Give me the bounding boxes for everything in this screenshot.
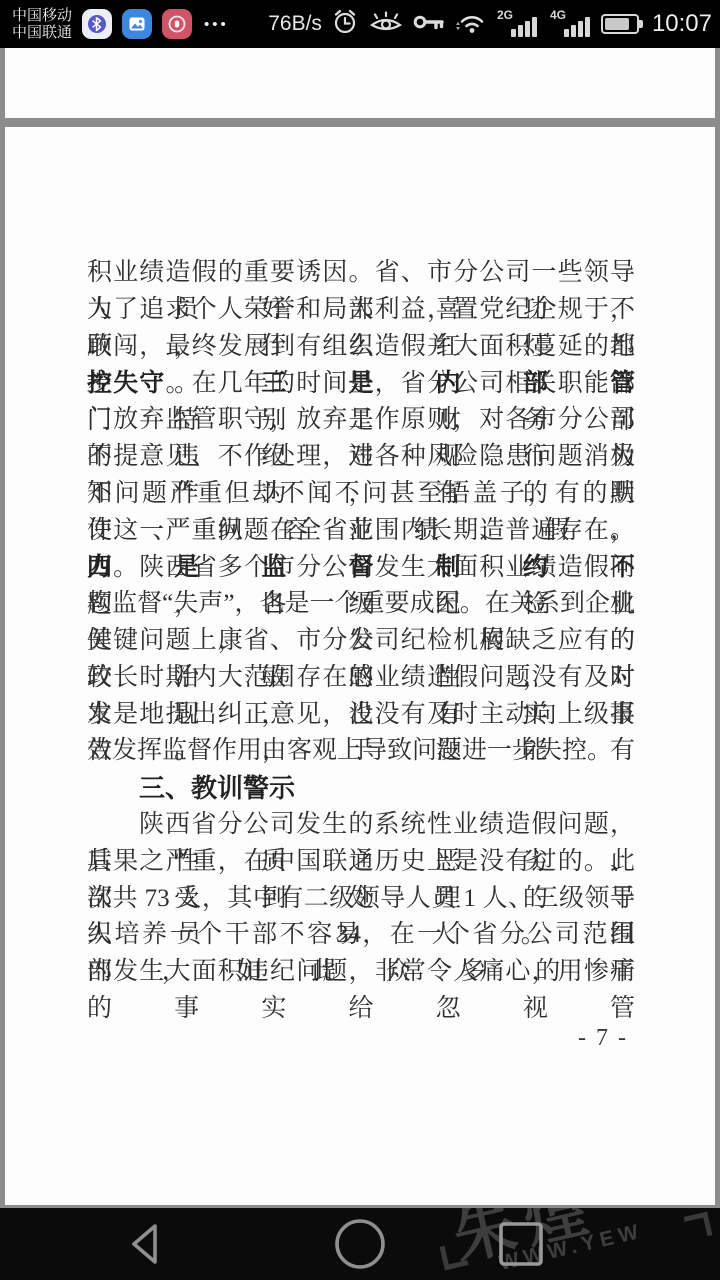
wifi-icon (454, 9, 486, 40)
sim2-signal-indicator: 4G (548, 8, 592, 40)
document-viewer[interactable]: 积业绩造假的重要诱因。省、市分公司一些领导人员好大喜功，为了追求个人荣誉和局部利… (0, 48, 720, 1208)
text-run: 部发生大面积违纪问题，非常令人痛心，用惨痛的事实给忽视管 (87, 958, 635, 1022)
carrier-line2: 中国联通 (12, 24, 72, 41)
network-speed: 76B/s (268, 12, 322, 36)
watermark-corner-bottom-left (440, 1242, 469, 1271)
page-number: - 7 - (578, 1025, 628, 1052)
bold-text-run: 三、教训警示 (139, 773, 295, 803)
carrier-line1: 中国移动 (12, 7, 72, 24)
text-run: 使这一严重问题在全省范围内长期、普遍存在。 (87, 517, 635, 544)
home-button[interactable] (333, 1217, 387, 1274)
sim1-signal-indicator: 2G (495, 8, 539, 40)
more-notifications-icon: ••• (204, 16, 229, 33)
bold-text-run: 力 (87, 553, 113, 581)
text-line: 门放弃监管职守，放弃工作原则，对各市分公司的违纪违规行为 (87, 402, 635, 439)
text-line: 敢闯，最终发展到有组织造假并大面积蔓延的地步。三是内部管 (87, 329, 635, 366)
shield-app-icon (82, 9, 112, 39)
text-run: 效发挥监督作用，客观上导致问题进一步失控。 (87, 737, 612, 764)
battery-icon (601, 14, 639, 34)
recorder-app-icon (162, 9, 192, 39)
text-line: 效发挥监督作用，客观上导致问题进一步失控。 (87, 733, 635, 770)
text-line: 知问题严重但却不闻不问甚至捂盖子，有的默许、纵容业绩造假， (87, 476, 635, 513)
sim2-signal-bars-icon (564, 17, 590, 37)
text-line: 部共 73 人，其中有二级领导人员 1 人、三级领导人员 34 人。组 (87, 881, 635, 918)
text-line: 织培养一个干部不容易，在一个省分公司范围内，如此众多的干 (87, 917, 635, 954)
document-page: 积业绩造假的重要诱因。省、市分公司一些领导人员好大喜功，为了追求个人荣誉和局部利… (5, 127, 715, 1205)
phone-screen: 中国移动 中国联通 (0, 0, 720, 1280)
bold-text-run: 控失守 (87, 369, 165, 397)
recents-button[interactable] (498, 1221, 544, 1270)
text-line: 后果之严重，在中国联通历史上是没有过的。此次受到处理的干 (87, 844, 635, 881)
text-line: 使这一严重问题在全省范围内长期、普遍存在。四是监督制约不 (87, 513, 635, 550)
section-heading: 三、教训警示 (87, 770, 635, 807)
text-line: 求是地提出纠正意见，也没有及时主动向上级报告。由于没能有 (87, 697, 635, 734)
text-line: 力。陕西省多个市分公司发生大面积业绩造假问题，各级纪检机 (87, 549, 635, 586)
text-line: 为了追求个人荣誉和局部利益，置党纪企规于不顾，什么红灯都 (87, 292, 635, 329)
text-line: 陕西省分公司发生的系统性业绩造假问题，其性质之恶劣、 (87, 807, 635, 844)
previous-page-bottom (5, 48, 715, 118)
carrier-labels: 中国移动 中国联通 (12, 7, 72, 41)
status-bar: 中国移动 中国联通 (0, 0, 720, 48)
text-line: 关键问题上，省、市分公司纪检机构缺乏应有的政治敏感性，对 (87, 623, 635, 660)
eye-protection-icon (368, 9, 404, 40)
vpn-key-icon (413, 13, 445, 36)
sim1-signal-bars-icon (511, 17, 537, 37)
android-nav-bar: 朱煌 WWW.YEW (0, 1208, 720, 1280)
text-line: 不提意见、不作处理，对各种风险隐患问题消极不作为，有的明 (87, 439, 635, 476)
status-bar-right: 76B/s (268, 8, 712, 41)
page-gap (0, 118, 720, 127)
text-line: 控失守。在几年的时间里，省分公司相关职能部门特别是财务部 (87, 365, 635, 402)
text-line: 较长时期内大范围存在的业绩造假问题没有及时发现，没有实事 (87, 660, 635, 697)
alarm-icon (331, 8, 359, 41)
notification-icons: ••• (82, 9, 229, 39)
back-button[interactable] (125, 1220, 165, 1271)
watermark-corner-top-right (684, 1212, 713, 1241)
document-text: 积业绩造假的重要诱因。省、市分公司一些领导人员好大喜功，为了追求个人荣誉和局部利… (87, 255, 635, 991)
text-line: 部发生大面积违纪问题，非常令人痛心，用惨痛的事实给忽视管 (87, 954, 635, 991)
status-bar-clock: 10:07 (652, 10, 712, 38)
gallery-app-icon (122, 9, 152, 39)
text-line: 积业绩造假的重要诱因。省、市分公司一些领导人员好大喜功， (87, 255, 635, 292)
text-line: 构监督“失声”，也是一个重要成因。在关系到企业健康发展的 (87, 586, 635, 623)
